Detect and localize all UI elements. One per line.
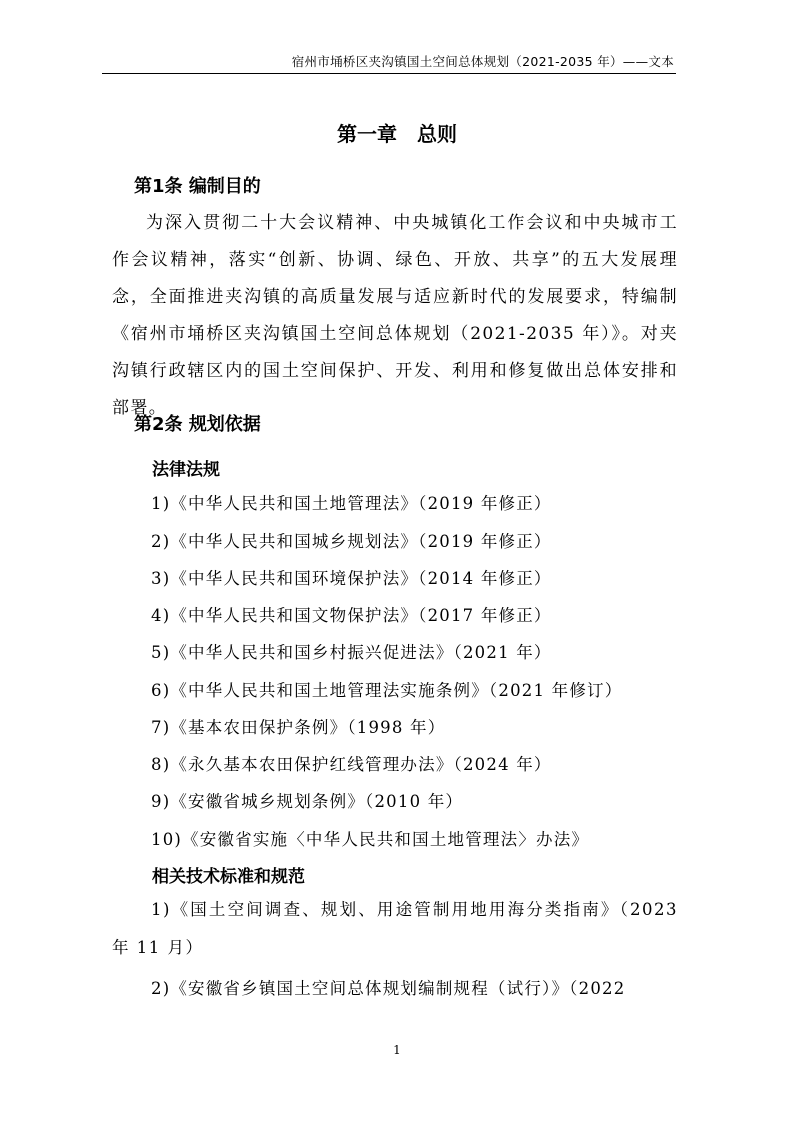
article-number: 第2条	[134, 414, 183, 435]
list-item: 2)《中华人民共和国城乡规划法》（2019 年修正）	[151, 528, 552, 552]
article-title: 规划依据	[189, 414, 261, 435]
list-item: 9)《安徽省城乡规划条例》（2010 年）	[151, 788, 463, 812]
list-item: 2)《安徽省乡镇国土空间总体规划编制规程（试行）》（2022	[151, 975, 625, 999]
article-number: 第1条	[134, 176, 183, 197]
section-heading-laws: 法律法规	[152, 455, 220, 480]
page-number: 1	[0, 1043, 794, 1057]
list-item: 5)《中华人民共和国乡村振兴促进法》（2021 年）	[151, 639, 552, 663]
running-header: 宿州市埇桥区夹沟镇国土空间总体规划（2021-2035 年）——文本	[112, 54, 674, 70]
list-item: 8)《永久基本农田保护红线管理办法》（2024 年）	[151, 751, 552, 775]
chapter-number: 第一章	[337, 122, 397, 146]
header-divider	[102, 73, 676, 74]
list-item: 6)《中华人民共和国土地管理法实施条例》（2021 年修订）	[151, 677, 622, 701]
chapter-title: 第一章总则	[0, 118, 794, 147]
article-1-heading: 第1条 编制目的	[134, 172, 261, 198]
list-item: 3)《中华人民共和国环境保护法》（2014 年修正）	[151, 565, 552, 589]
list-item: 1)《中华人民共和国土地管理法》（2019 年修正）	[151, 490, 552, 514]
list-item: 10)《安徽省实施〈中华人民共和国土地管理法〉办法》	[151, 826, 589, 850]
chapter-name: 总则	[417, 122, 457, 146]
article-1-body: 为深入贯彻二十大会议精神、中央城镇化工作会议和中央城市工作会议精神，落实“创新、…	[112, 205, 678, 427]
list-item: 4)《中华人民共和国文物保护法》（2017 年修正）	[151, 602, 552, 626]
list-item: 7)《基本农田保护条例》（1998 年）	[151, 714, 445, 738]
article-title: 编制目的	[189, 176, 261, 197]
section-heading-standards: 相关技术标准和规范	[152, 862, 305, 887]
article-2-heading: 第2条 规划依据	[134, 410, 261, 436]
list-item: 1)《国土空间调查、规划、用途管制用地用海分类指南》（2023 年 11 月）	[112, 891, 678, 967]
